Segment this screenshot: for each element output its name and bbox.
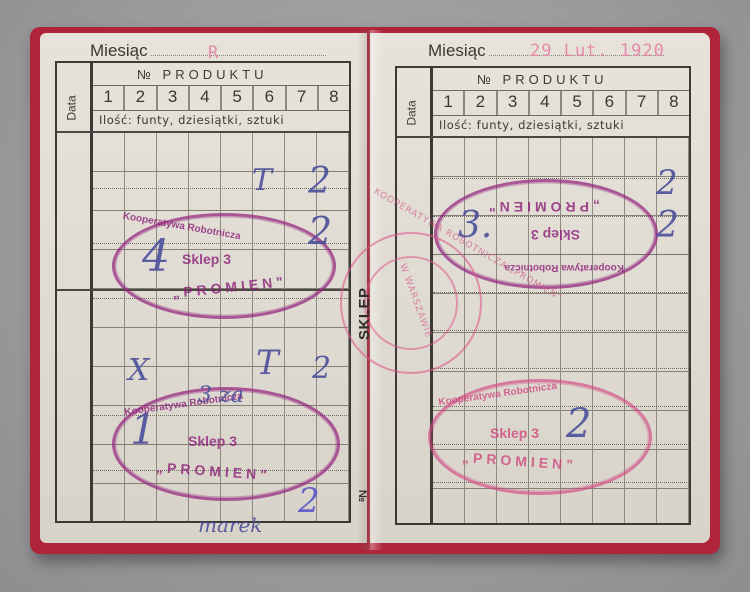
left-quantity-label: Ilość: funty, dziesiątki, sztuki xyxy=(99,113,284,127)
product-number: 8 xyxy=(659,91,689,115)
left-month-dots xyxy=(151,41,326,56)
hand-mark: 2 xyxy=(298,481,320,521)
hand-mark: 2 xyxy=(312,351,331,386)
hand-mark: 4 xyxy=(142,231,170,282)
product-number: 8 xyxy=(319,86,349,110)
left-month-label: Miesiąc xyxy=(90,41,148,61)
product-number: 3 xyxy=(498,91,530,115)
stamp-shop-number: Sklep 3 xyxy=(490,425,539,441)
product-number: 1 xyxy=(93,86,125,110)
hand-mark: T xyxy=(256,343,279,383)
product-number: 2 xyxy=(465,91,497,115)
hand-mark: T xyxy=(252,163,272,198)
left-date-label: Data xyxy=(65,95,79,120)
stamp-shop-number: Sklep 3 xyxy=(531,227,580,243)
gutter-number-mark: № xyxy=(356,490,368,502)
sklep-vertical-label: SKLEP xyxy=(356,287,373,340)
product-number: 5 xyxy=(222,86,254,110)
product-number: 1 xyxy=(433,91,465,115)
product-number: 4 xyxy=(530,91,562,115)
hand-mark: 2 xyxy=(308,161,331,202)
right-quantity-label: Ilość: funty, dziesiątki, sztuki xyxy=(439,118,624,132)
hand-footer-note: marek xyxy=(198,513,262,537)
hand-mark: 2 xyxy=(308,209,332,253)
product-number: 7 xyxy=(627,91,659,115)
stamp-shop-number: Sklep 3 xyxy=(188,433,237,449)
right-product-header: № PRODUKTU xyxy=(477,72,608,87)
hand-mark: 2 xyxy=(656,163,678,203)
product-number: 7 xyxy=(287,86,319,110)
hand-mark: 2 xyxy=(656,205,679,246)
hand-mark: X xyxy=(128,353,149,388)
left-month-stamp: R xyxy=(208,43,219,63)
grid-dotted-line xyxy=(433,368,689,369)
right-date-label: Data xyxy=(405,100,419,125)
stamp-promien: „PROMIEN" xyxy=(485,199,600,215)
product-number: 4 xyxy=(190,86,222,110)
right-product-numbers: 1 2 3 4 5 6 7 8 xyxy=(433,90,689,116)
product-number: 6 xyxy=(254,86,286,110)
product-number: 3 xyxy=(158,86,190,110)
hand-note: 3 za xyxy=(198,383,244,408)
stamp-shop-number: Sklep 3 xyxy=(182,251,231,267)
hand-mark: 1 xyxy=(130,405,157,454)
product-number: 6 xyxy=(594,91,626,115)
left-product-header: № PRODUKTU xyxy=(137,67,268,82)
left-product-numbers: 1 2 3 4 5 6 7 8 xyxy=(93,85,349,111)
hand-mark: 2 xyxy=(566,401,591,447)
product-number: 2 xyxy=(125,86,157,110)
right-month-stamp: 29 Lut. 1920 xyxy=(530,41,665,61)
right-month-label: Miesiąc xyxy=(428,41,486,61)
product-number: 5 xyxy=(562,91,594,115)
left-page: Miesiąc R Data № PRODUKTU 1 2 3 4 5 6 7 … xyxy=(40,33,367,543)
